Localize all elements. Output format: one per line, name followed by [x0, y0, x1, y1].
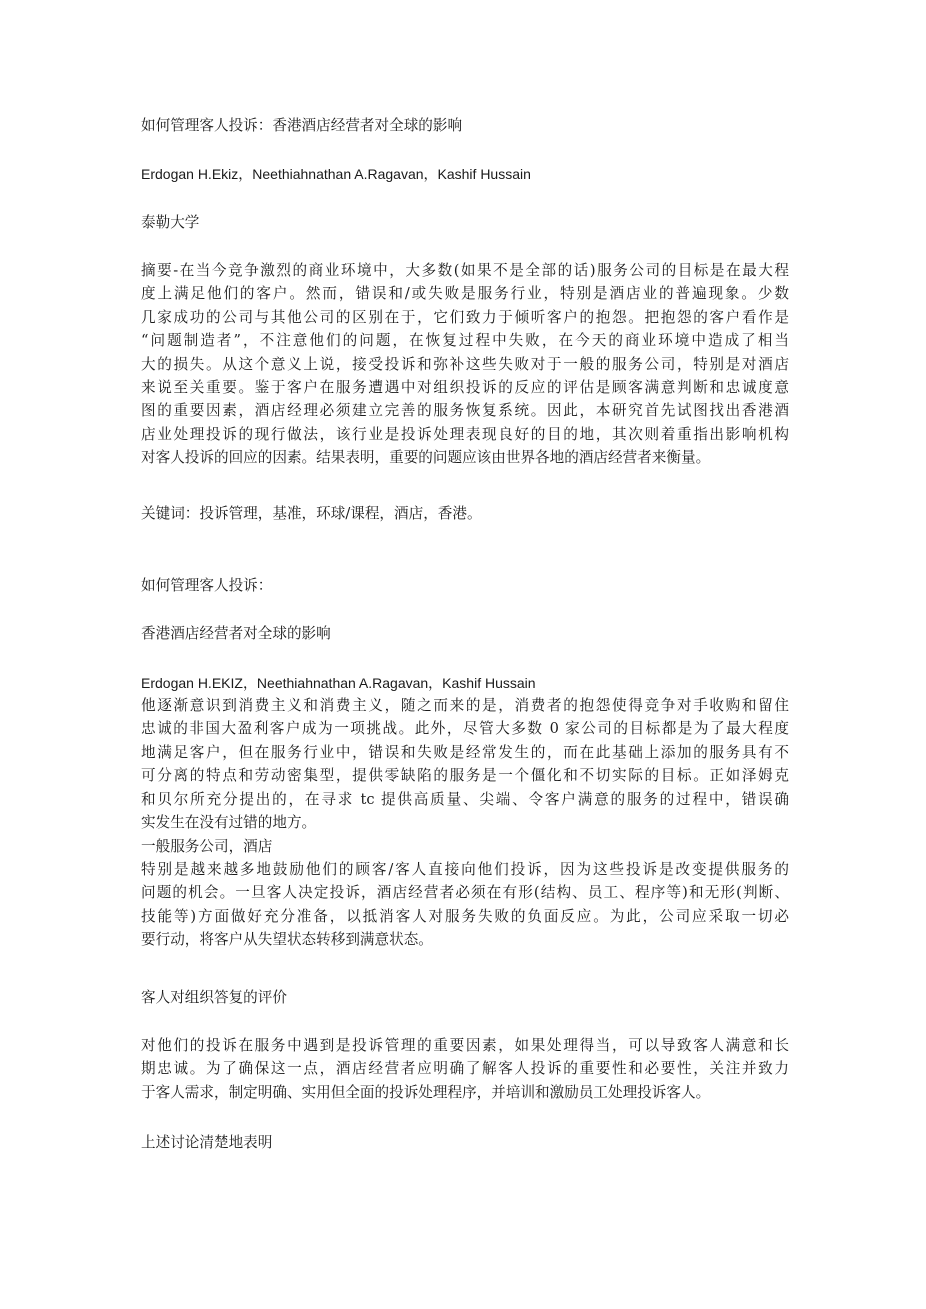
authors: Erdogan H.Ekiz，Neethiahnathan A.Ragavan，…	[141, 163, 531, 186]
subheading-general-service: 一般服务公司，酒店	[141, 835, 272, 858]
subheading-evaluation: 客人对组织答复的评价	[141, 986, 287, 1009]
abstract-line: “问题制造者”，不注意他们的问题，在恢复过程中失败，在今天的商业环境中造成了相当	[141, 329, 789, 352]
body-line: 对他们的投诉在服务中遇到是投诉管理的重要因素，如果处理得当，可以导致客人满意和长	[141, 1034, 789, 1057]
closing-line: 上述讨论清楚地表明	[141, 1131, 272, 1154]
abstract-line: 度上满足他们的客户。然而，错误和/或失败是服务行业，特别是酒店业的普遍现象。少数	[141, 282, 789, 305]
body-paragraph-3: 对他们的投诉在服务中遇到是投诉管理的重要因素，如果处理得当，可以导致客人满意和长…	[141, 1034, 789, 1104]
abstract-line: 几家成功的公司与其他公司的区别在于，它们致力于倾听客户的抱怨。把抱怨的客户看作是	[141, 306, 789, 329]
body-line: 实发生在没有过错的地方。	[141, 811, 789, 834]
body-line: 忠诚的非国大盈利客户成为一项挑战。此外，尽管大多数 0 家公司的目标都是为了最大…	[141, 717, 789, 740]
body-line: 技能等)方面做好充分准备，以抵消客人对服务失败的负面反应。为此，公司应采取一切必	[141, 905, 789, 928]
document-title: 如何管理客人投诉：香港酒店经营者对全球的影响	[141, 114, 462, 137]
body-line: 期忠诚。为了确保这一点，酒店经营者应明确了解客人投诉的重要性和必要性，关注并致力	[141, 1057, 789, 1080]
body-line: 和贝尔所充分提出的，在寻求 tc 提供高质量、尖端、令客户满意的服务的过程中，错…	[141, 788, 789, 811]
abstract-line: 来说至关重要。鉴于客户在服务遭遇中对组织投诉的反应的评估是顾客满意判断和忠诚度意	[141, 376, 789, 399]
body-paragraph-1: 他逐渐意识到消费主义和消费主义，随之而来的是，消费者的抱怨使得竞争对手收购和留住…	[141, 694, 789, 834]
body-line: 问题的机会。一旦客人决定投诉，酒店经营者必须在有形(结构、员工、程序等)和无形(…	[141, 881, 789, 904]
abstract-line: 店业处理投诉的现行做法，该行业是投诉处理表现良好的目的地，其次则着重指出影响机构	[141, 423, 789, 446]
abstract-line: 图的重要因素，酒店经理必须建立完善的服务恢复系统。因此，本研究首先试图找出香港酒	[141, 399, 789, 422]
body-line: 可分离的特点和劳动密集型，提供零缺陷的服务是一个僵化和不切实际的目标。正如泽姆克	[141, 764, 789, 787]
body-line: 要行动，将客户从失望状态转移到满意状态。	[141, 928, 789, 951]
abstract-line: 大的损失。从这个意义上说，接受投诉和弥补这些失败对于一般的服务公司，特别是对酒店	[141, 353, 789, 376]
abstract: 摘要-在当今竞争激烈的商业环境中，大多数(如果不是全部的话)服务公司的目标是在最…	[141, 259, 789, 470]
affiliation: 泰勒大学	[141, 211, 199, 234]
abstract-line: 对客人投诉的回应的因素。结果表明，重要的问题应该由世界各地的酒店经营者来衡量。	[141, 446, 789, 469]
body-line: 于客人需求，制定明确、实用但全面的投诉处理程序，并培训和激励员工处理投诉客人。	[141, 1081, 789, 1104]
authors-repeat: Erdogan H.EKIZ，Neethiahnathan A.Ragavan，…	[141, 672, 536, 695]
keywords: 关键词：投诉管理，基准，环球/课程，酒店，香港。	[141, 502, 482, 525]
body-line: 特别是越来越多地鼓励他们的顾客/客人直接向他们投诉，因为这些投诉是改变提供服务的	[141, 858, 789, 881]
section-title-line2: 香港酒店经营者对全球的影响	[141, 622, 331, 645]
body-line: 他逐渐意识到消费主义和消费主义，随之而来的是，消费者的抱怨使得竞争对手收购和留住	[141, 694, 789, 717]
section-title-line1: 如何管理客人投诉：	[141, 574, 272, 597]
body-line: 地满足客户，但在服务行业中，错误和失败是经常发生的，而在此基础上添加的服务具有不	[141, 741, 789, 764]
abstract-line: 摘要-在当今竞争激烈的商业环境中，大多数(如果不是全部的话)服务公司的目标是在最…	[141, 259, 789, 282]
body-paragraph-2: 特别是越来越多地鼓励他们的顾客/客人直接向他们投诉，因为这些投诉是改变提供服务的…	[141, 858, 789, 952]
